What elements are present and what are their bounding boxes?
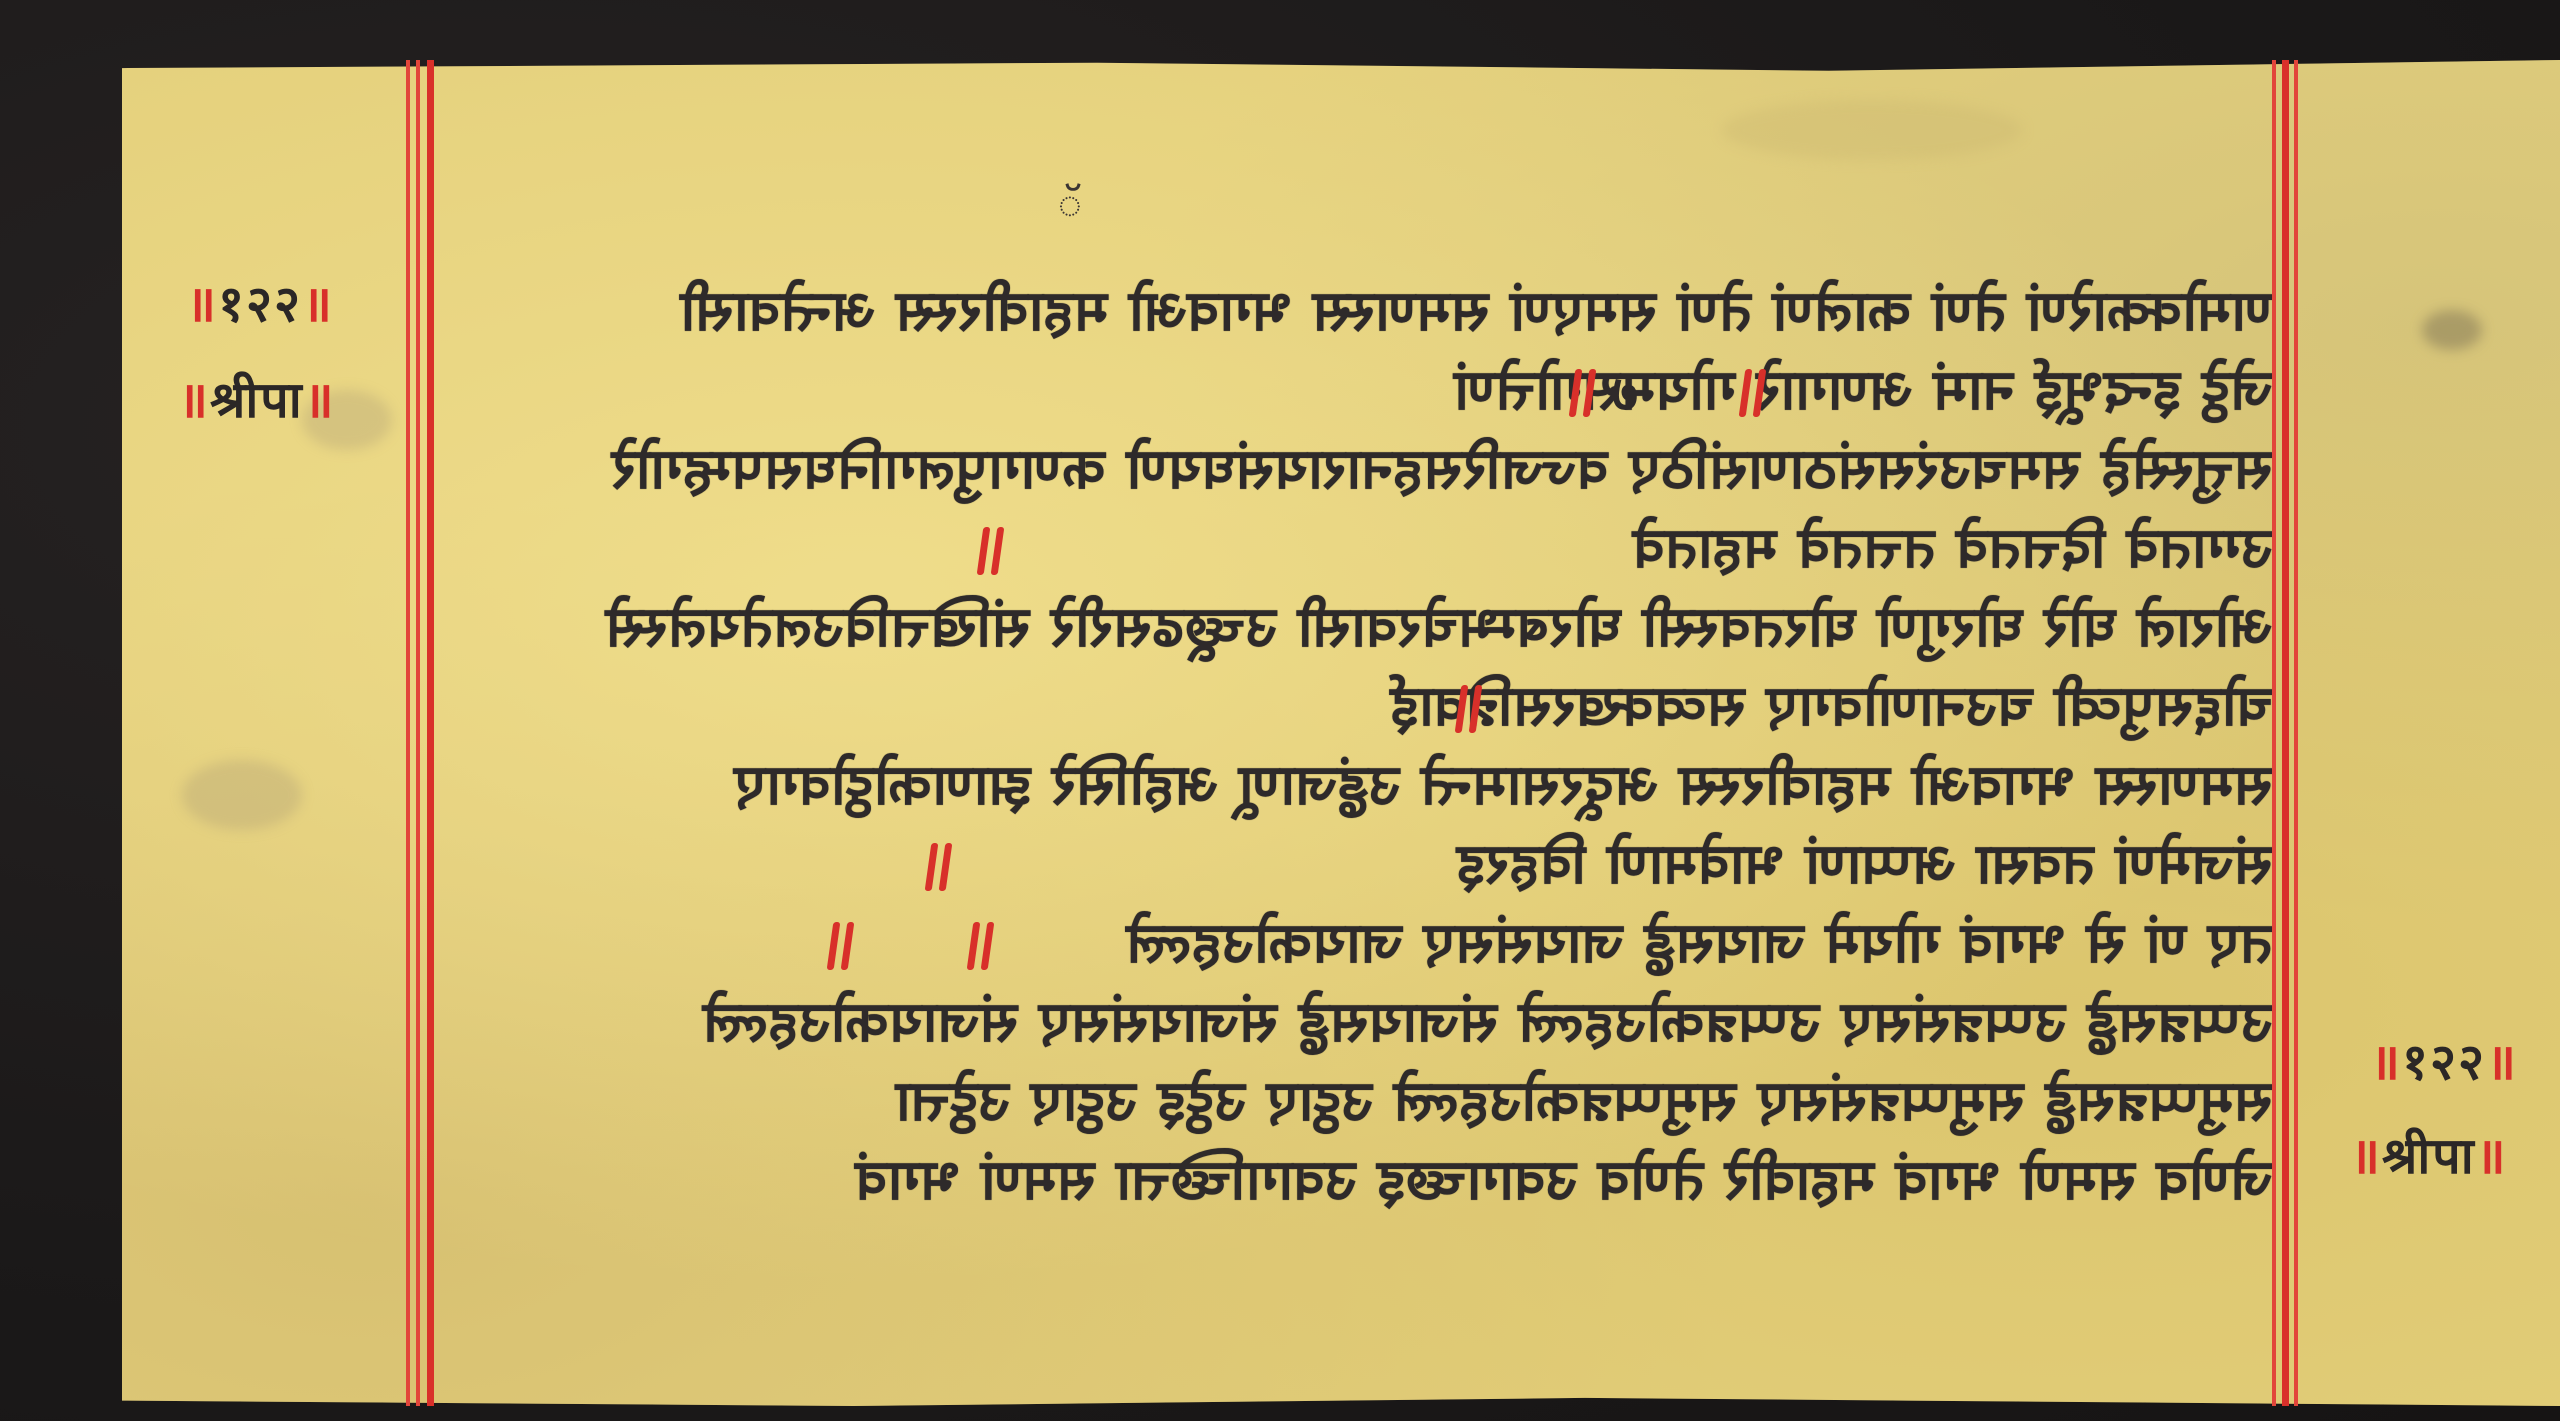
- text-line-6: चोद्दसपुव्वी चउनाणोवगए सव्वक्खरसन्निवाई: [442, 671, 2272, 743]
- folio-number-text: १२२: [218, 275, 302, 333]
- text-line-1: णमोक्कारेणं तेणं कालेणं तेणं समएणं समणस्…: [442, 276, 2272, 348]
- red-double-danda: [1454, 671, 1484, 743]
- line-text: चोद्दसपुव्वी चउनाणोवगए सव्वक्खरसन्निवाई: [1390, 674, 2272, 739]
- danda-mark: ॥: [186, 275, 218, 333]
- red-double-danda: [924, 829, 954, 901]
- text-line-12: जेणेव समणे भगवं महावीरे तेणेव उवागच्छइ उ…: [442, 1145, 2272, 1217]
- numeral-glyph: ७: [1612, 358, 1638, 426]
- folio-label-text: श्रीपा: [210, 371, 304, 429]
- danda-mark: ॥: [2486, 1033, 2518, 1091]
- text-line-4: उग्गतवे दित्ततवे तत्ततवे महातवे: [442, 513, 2272, 585]
- folio-number-text: १२२: [2402, 1033, 2486, 1091]
- text-line-9: तए णं से भगवं गोयमे जायसड्ढे जायसंसए जाय…: [442, 908, 2272, 980]
- line-text: सत्तुस्सेहे समचउरंससंठाणसंठिए वज्जरिसहना…: [611, 437, 2272, 502]
- paper-stain: [2422, 310, 2482, 350]
- text-line-5: ओराले घोरे घोरगुणे घोरतवस्सी घोरबम्भचेरव…: [442, 592, 2272, 664]
- left-folio-number: ॥१२२॥: [186, 268, 334, 336]
- text-line-3: सत्तुस्सेहे समचउरंससंठाणसंठिए वज्जरिसहना…: [442, 434, 2272, 506]
- danda-mark: ॥: [178, 371, 210, 429]
- line-text: उप्पन्नसड्ढे उप्पन्नसंसए उप्पन्नकोउहल्ले…: [702, 990, 2272, 1055]
- right-margin-rule: [2294, 60, 2298, 1406]
- text-line-2: जेट्ठे इन्दभूई नामं अणगारे गोयमसगोत्तेणं: [442, 355, 2272, 427]
- text-line-8: संजमेणं तवसा अप्पाणं भावेमाणे विहरइ: [442, 829, 2272, 901]
- paper-stain: [182, 760, 302, 830]
- line-text: णमोक्कारेणं तेणं कालेणं तेणं समएणं समणस्…: [680, 279, 2272, 344]
- left-margin-rule: [427, 60, 434, 1406]
- left-folio-label: ॥श्रीपा॥: [178, 364, 336, 432]
- line-text: समणस्स भगवओ महावीरस्स अदूरसामन्ते उड्ढंज…: [734, 753, 2272, 818]
- folio-label-text: श्रीपा: [2382, 1127, 2476, 1185]
- red-double-danda: [826, 908, 856, 980]
- line-text: तए णं से भगवं गोयमे जायसड्ढे जायसंसए जाय…: [1126, 911, 2272, 976]
- red-double-danda: [966, 908, 996, 980]
- danda-mark: ॥: [2476, 1127, 2508, 1185]
- left-margin-rule: [406, 60, 410, 1406]
- line-text: उग्गतवे दित्ततवे तत्ततवे महातवे: [1632, 516, 2272, 581]
- line-text: संजमेणं तवसा अप्पाणं भावेमाणे विहरइ: [1456, 832, 2272, 897]
- left-margin-rule: [416, 60, 420, 1406]
- text-line-7: समणस्स भगवओ महावीरस्स अदूरसामन्ते उड्ढंज…: [442, 750, 2272, 822]
- ink-mark: ॅ: [1058, 175, 1082, 230]
- text-line-10: उप्पन्नसड्ढे उप्पन्नसंसए उप्पन्नकोउहल्ले…: [442, 987, 2272, 1059]
- text-line-11: समुप्पन्नसड्ढे समुप्पन्नसंसए समुप्पन्नको…: [442, 1066, 2272, 1138]
- red-double-danda: [976, 513, 1006, 585]
- danda-mark: ॥: [2370, 1033, 2402, 1091]
- red-double-danda: [1738, 355, 1768, 427]
- right-margin-rule: [2272, 60, 2276, 1406]
- line-text: ओराले घोरे घोरगुणे घोरतवस्सी घोरबम्भचेरव…: [605, 595, 2272, 660]
- red-double-danda: [1568, 355, 1598, 427]
- line-text: जेणेव समणे भगवं महावीरे तेणेव उवागच्छइ उ…: [855, 1148, 2272, 1213]
- right-margin-rule: [2282, 60, 2289, 1406]
- paper-stain: [1722, 100, 2022, 160]
- danda-mark: ॥: [2350, 1127, 2382, 1185]
- right-folio-label: ॥श्रीपा॥: [2350, 1120, 2508, 1188]
- line-text: समुप्पन्नसड्ढे समुप्पन्नसंसए समुप्पन्नको…: [895, 1069, 2272, 1134]
- danda-mark: ॥: [304, 371, 336, 429]
- right-folio-number: ॥१२२॥: [2370, 1026, 2518, 1094]
- danda-mark: ॥: [302, 275, 334, 333]
